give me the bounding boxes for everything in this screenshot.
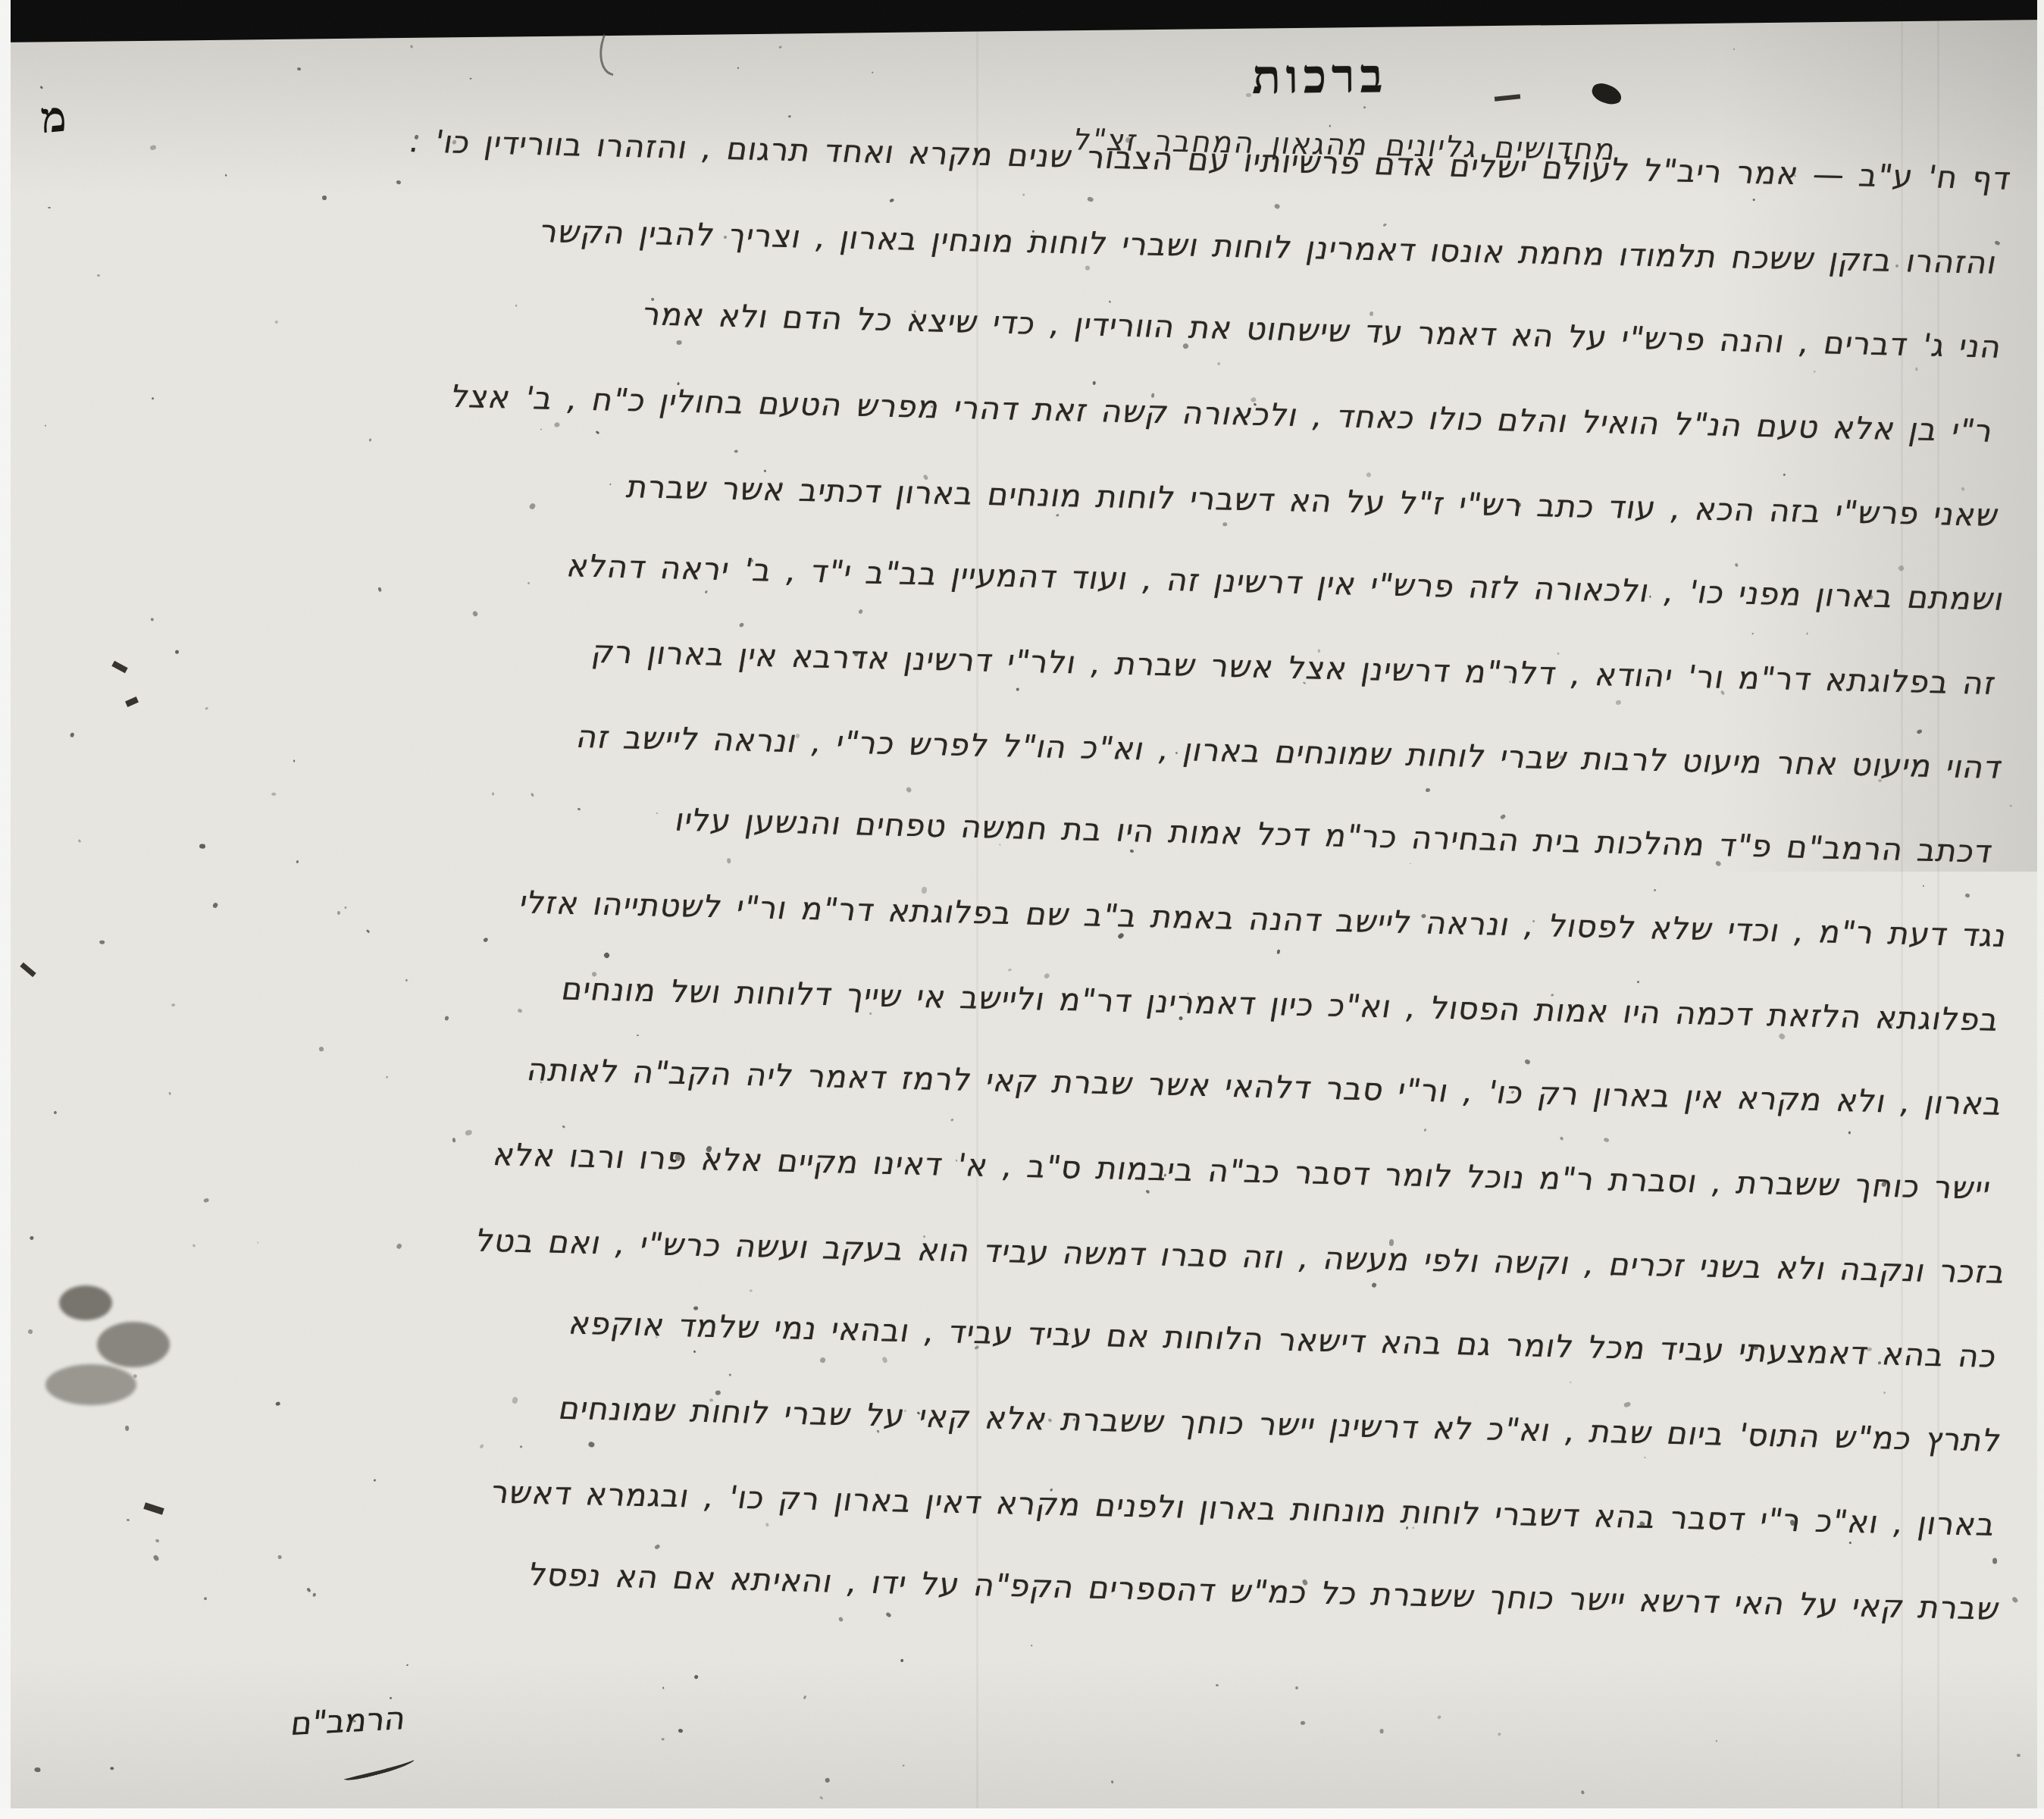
- dust-speck: [444, 1016, 449, 1022]
- ink-smudge: [97, 1322, 170, 1367]
- dust-speck: [471, 610, 478, 617]
- catchword-flourish: [343, 1756, 415, 1783]
- dust-speck: [1814, 371, 1817, 374]
- dust-speck: [274, 320, 278, 324]
- dust-speck: [1216, 1683, 1219, 1686]
- dust-speck: [885, 1611, 891, 1617]
- dust-speck: [1044, 973, 1050, 979]
- dust-speck: [1016, 687, 1020, 691]
- dust-speck: [1783, 474, 1786, 477]
- dust-speck: [318, 1046, 324, 1052]
- dust-speck: [192, 1244, 196, 1248]
- dust-speck: [297, 67, 302, 70]
- dust-speck: [1223, 522, 1228, 526]
- dust-speck: [518, 1008, 524, 1013]
- dust-speck: [1031, 1645, 1033, 1647]
- dust-speck: [1916, 729, 1923, 735]
- catchword: הרמב"ם: [289, 1699, 408, 1742]
- dust-speck: [1056, 514, 1059, 517]
- dust-speck: [465, 1129, 473, 1136]
- dust-speck: [127, 1519, 130, 1522]
- dust-speck: [1130, 850, 1135, 853]
- dust-speck: [693, 1674, 699, 1680]
- dust-speck: [1733, 49, 1736, 50]
- manuscript-line: נגד דעת ר"מ , וכדי שלא לפסול , ונראה ליי…: [517, 884, 2010, 953]
- dust-speck: [97, 274, 100, 277]
- dust-speck: [588, 1441, 596, 1448]
- dust-speck: [1878, 779, 1882, 782]
- dust-speck: [765, 1523, 768, 1527]
- manuscript-line: לתרץ כמ"ש התוס' ביום שבת , וא"כ לא דרשינ…: [556, 1390, 2005, 1459]
- dust-speck: [1964, 893, 1970, 898]
- dust-speck: [150, 145, 157, 151]
- dust-speck: [1524, 1058, 1531, 1065]
- dust-speck: [396, 180, 401, 184]
- dust-speck: [480, 1444, 485, 1449]
- manuscript-line: בפלוגתא הלזאת דכמה היו אמות הפסול , וא"כ…: [559, 971, 2002, 1038]
- manuscript-line: כה בהא דאמצעתי עביד מכל לומר גם בהא דישא…: [567, 1305, 2000, 1375]
- dust-speck: [723, 236, 726, 239]
- dust-speck: [1883, 1391, 1885, 1394]
- dust-speck: [527, 582, 530, 585]
- dust-speck: [271, 793, 276, 797]
- dust-speck: [858, 609, 864, 615]
- dust-speck: [39, 86, 43, 89]
- dust-speck: [554, 422, 561, 428]
- dust-speck: [1022, 193, 1025, 196]
- manuscript-line: זה בפלוגתא דר"מ ור' יהודא , דלר"מ דרשינן…: [589, 634, 1999, 702]
- dust-speck: [1110, 1780, 1113, 1783]
- dust-speck: [175, 650, 179, 654]
- dust-speck: [1329, 124, 1331, 127]
- dust-speck: [1277, 949, 1281, 954]
- ink-blot: [1589, 80, 1624, 108]
- dust-speck: [1109, 300, 1111, 302]
- dust-speck: [410, 45, 414, 49]
- tractate-title: ברכות: [1252, 48, 1388, 105]
- manuscript-line: ר"י בן אלא טעם הנ"ל הואיל והלם כולו כאחד…: [448, 378, 1997, 449]
- manuscript-line: שברת קאי על האי דרשא יישר כוחך ששברת כל …: [526, 1556, 2003, 1627]
- dust-speck: [2010, 805, 2012, 807]
- dust-speck: [512, 1397, 518, 1404]
- dust-speck: [661, 1738, 664, 1741]
- dust-speck: [377, 587, 382, 592]
- dust-speck: [322, 196, 327, 201]
- dust-speck: [29, 1236, 33, 1241]
- dust-speck: [1087, 196, 1094, 202]
- dust-speck: [1366, 471, 1372, 477]
- dust-speck: [562, 1125, 565, 1129]
- dust-speck: [47, 207, 50, 209]
- dust-speck: [1569, 1382, 1571, 1384]
- dust-speck: [1807, 632, 1808, 634]
- dust-speck: [1294, 1686, 1298, 1689]
- dust-speck: [1382, 223, 1387, 227]
- dust-speck: [904, 1409, 906, 1411]
- dust-speck: [1752, 198, 1755, 201]
- dust-speck: [603, 952, 611, 960]
- scan-edge-right: [2037, 0, 2044, 1819]
- manuscript-line: שאני פרש"י בזה הכא , עוד כתב רש"י ז"ל על…: [624, 468, 2002, 534]
- manuscript-line: והזהרו בזקן ששכח תלמודו מחמת אונסו דאמרי…: [537, 213, 2000, 281]
- dust-speck: [1426, 788, 1430, 792]
- dust-speck: [903, 1764, 906, 1767]
- dust-speck: [890, 198, 895, 202]
- dust-speck: [1008, 969, 1013, 972]
- dust-speck: [1751, 632, 1754, 635]
- dust-speck: [204, 1597, 207, 1600]
- dust-speck: [2017, 1753, 2021, 1756]
- dust-speck: [737, 67, 740, 70]
- dust-speck: [1643, 1457, 1645, 1459]
- dust-speck: [1423, 1129, 1427, 1132]
- dust-speck: [54, 1110, 58, 1114]
- margin-tick: [111, 661, 127, 673]
- margin-tick: [20, 963, 36, 978]
- dust-speck: [734, 450, 738, 454]
- dust-speck: [787, 114, 791, 117]
- dust-speck: [34, 1767, 41, 1772]
- dust-speck: [803, 1695, 807, 1699]
- dust-speck: [110, 1767, 114, 1770]
- dust-speck: [78, 839, 82, 843]
- dust-speck: [738, 622, 744, 628]
- dust-speck: [45, 424, 46, 426]
- dust-speck: [1092, 381, 1095, 385]
- dust-speck: [778, 46, 781, 49]
- dust-speck: [578, 807, 581, 810]
- dust-speck: [1500, 813, 1506, 819]
- dust-speck: [654, 1544, 660, 1550]
- margin-tick: [143, 1502, 164, 1515]
- dust-speck: [256, 1242, 258, 1244]
- ink-smudge: [59, 1285, 112, 1320]
- scan-edge-left: [0, 0, 11, 1819]
- dust-speck: [637, 1035, 639, 1036]
- dust-speck: [99, 940, 105, 944]
- dust-speck: [693, 1351, 695, 1354]
- dust-speck: [1145, 1190, 1150, 1194]
- dust-speck: [900, 1658, 904, 1663]
- manuscript-line: דהוי מיעוט אחר מיעוט לרבות שברי לוחות שמ…: [574, 719, 2006, 786]
- dust-speck: [1410, 863, 1411, 865]
- dust-speck: [344, 906, 347, 909]
- dust-speck: [1085, 265, 1091, 271]
- dust-speck: [726, 858, 731, 864]
- pen-dash-mark: [1495, 94, 1520, 102]
- manuscript-line: יישר כוחך ששברת , וסברת ר"מ נוכל לומר דס…: [491, 1136, 1994, 1207]
- dust-speck: [838, 1617, 844, 1622]
- dust-speck: [728, 1373, 731, 1376]
- dust-speck: [306, 1587, 311, 1592]
- dust-speck: [336, 911, 340, 915]
- dust-speck: [819, 1796, 824, 1800]
- dust-speck: [150, 618, 154, 621]
- dust-speck: [819, 1357, 826, 1363]
- dust-speck: [274, 1401, 280, 1406]
- dust-speck: [1301, 1721, 1305, 1725]
- dust-speck: [676, 340, 682, 344]
- dust-speck: [365, 929, 370, 934]
- manuscript-line: הני ג' דברים , והנה פרש"י על הא דאמר עד …: [640, 296, 2005, 365]
- dust-speck: [1898, 565, 1905, 572]
- dust-speck: [662, 1686, 664, 1689]
- dust-speck: [531, 793, 534, 797]
- dust-speck: [881, 1356, 888, 1363]
- dust-speck: [529, 502, 537, 510]
- dust-speck: [406, 1664, 408, 1667]
- dust-speck: [1497, 1733, 1501, 1737]
- dust-speck: [678, 1728, 682, 1733]
- dust-speck: [1923, 884, 1925, 887]
- dust-speck: [312, 1592, 317, 1598]
- dust-speck: [1245, 92, 1251, 96]
- dust-speck: [405, 978, 408, 982]
- dust-speck: [199, 844, 205, 849]
- dust-speck: [125, 1426, 129, 1431]
- ink-smudge: [45, 1364, 136, 1405]
- dust-speck: [171, 1003, 175, 1007]
- dust-speck: [470, 78, 472, 80]
- dust-speck: [1653, 888, 1656, 891]
- dust-speck: [492, 793, 494, 796]
- dust-speck: [1557, 652, 1560, 655]
- dust-speck: [1604, 1137, 1610, 1142]
- dust-speck: [452, 1138, 456, 1142]
- dust-speck: [519, 1445, 522, 1448]
- dust-speck: [278, 1555, 282, 1559]
- dust-speck: [540, 429, 542, 430]
- dust-speck: [950, 1118, 954, 1122]
- dust-speck: [1714, 1739, 1717, 1742]
- dust-speck: [1623, 1401, 1632, 1408]
- dust-speck: [27, 1329, 33, 1335]
- manuscript-line: ושמתם בארון מפני כו' , ולכאורה לזה פרש"י…: [565, 547, 2008, 617]
- dust-speck: [825, 1778, 831, 1783]
- dust-speck: [1216, 362, 1221, 366]
- dust-speck: [905, 787, 912, 794]
- dust-speck: [155, 1539, 161, 1543]
- dust-speck: [203, 1198, 209, 1204]
- dust-speck: [609, 484, 612, 486]
- dust-speck: [205, 706, 208, 709]
- dust-speck: [1992, 1558, 1997, 1564]
- dust-speck: [656, 812, 659, 814]
- margin-tick: [125, 697, 139, 707]
- folio-mark: מ: [39, 92, 68, 144]
- dust-speck: [2011, 1596, 2018, 1604]
- dust-speck: [651, 298, 655, 301]
- dust-speck: [1363, 106, 1366, 109]
- dust-speck: [293, 760, 295, 762]
- dust-speck: [168, 1091, 172, 1095]
- dust-speck: [1317, 650, 1319, 653]
- manuscript-line: בזכר ונקבה ולא בשני זכרים , וקשה ולפי מע…: [473, 1223, 2009, 1291]
- dust-speck: [872, 71, 874, 74]
- dust-speck: [1273, 203, 1280, 210]
- scan-edge-bottom: [0, 1808, 2044, 1819]
- dust-speck: [1437, 1715, 1441, 1720]
- dust-speck: [515, 305, 518, 307]
- dust-speck: [152, 1554, 159, 1562]
- dust-speck: [374, 1479, 376, 1482]
- dust-speck: [1848, 1132, 1851, 1135]
- manuscript-line: בארון , וא"כ ר"י דסבר בהא דשברי לוחות מו…: [489, 1474, 1999, 1543]
- dust-speck: [212, 902, 219, 909]
- dust-speck: [596, 430, 599, 434]
- dust-speck: [1581, 1789, 1585, 1794]
- dust-speck: [386, 1076, 388, 1079]
- dust-speck: [749, 1289, 753, 1291]
- dust-speck: [1372, 1282, 1378, 1288]
- dust-speck: [1380, 1729, 1384, 1734]
- dust-speck: [1848, 1541, 1851, 1544]
- dust-speck: [151, 396, 154, 399]
- scan-border-top: [0, 0, 2044, 44]
- dust-speck: [1636, 981, 1639, 984]
- dust-speck: [1516, 502, 1521, 507]
- manuscript-scan-page: מ ברכות מחדושים גליונים מהגאון המחבר זצ"…: [0, 0, 2044, 1819]
- dust-speck: [705, 590, 709, 593]
- dust-speck: [483, 938, 488, 943]
- dust-speck: [396, 1242, 402, 1249]
- dust-speck: [1961, 487, 1965, 491]
- scanner-hair-mark: [592, 34, 624, 77]
- manuscript-line: דכתב הרמב"ם פ"ד מהלכות בית הבחירה כר"מ ד…: [673, 802, 1995, 870]
- dust-speck: [225, 174, 227, 177]
- dust-speck: [369, 438, 372, 441]
- manuscript-line: בארון , ולא מקרא אין בארון רק כו' , ור"י…: [524, 1051, 2006, 1122]
- dust-speck: [1735, 563, 1739, 568]
- dust-speck: [296, 859, 299, 863]
- dust-speck: [1914, 368, 1917, 371]
- dust-speck: [1649, 596, 1651, 598]
- dust-speck: [1560, 1136, 1564, 1141]
- dust-speck: [69, 732, 74, 737]
- dust-speck: [1615, 700, 1621, 705]
